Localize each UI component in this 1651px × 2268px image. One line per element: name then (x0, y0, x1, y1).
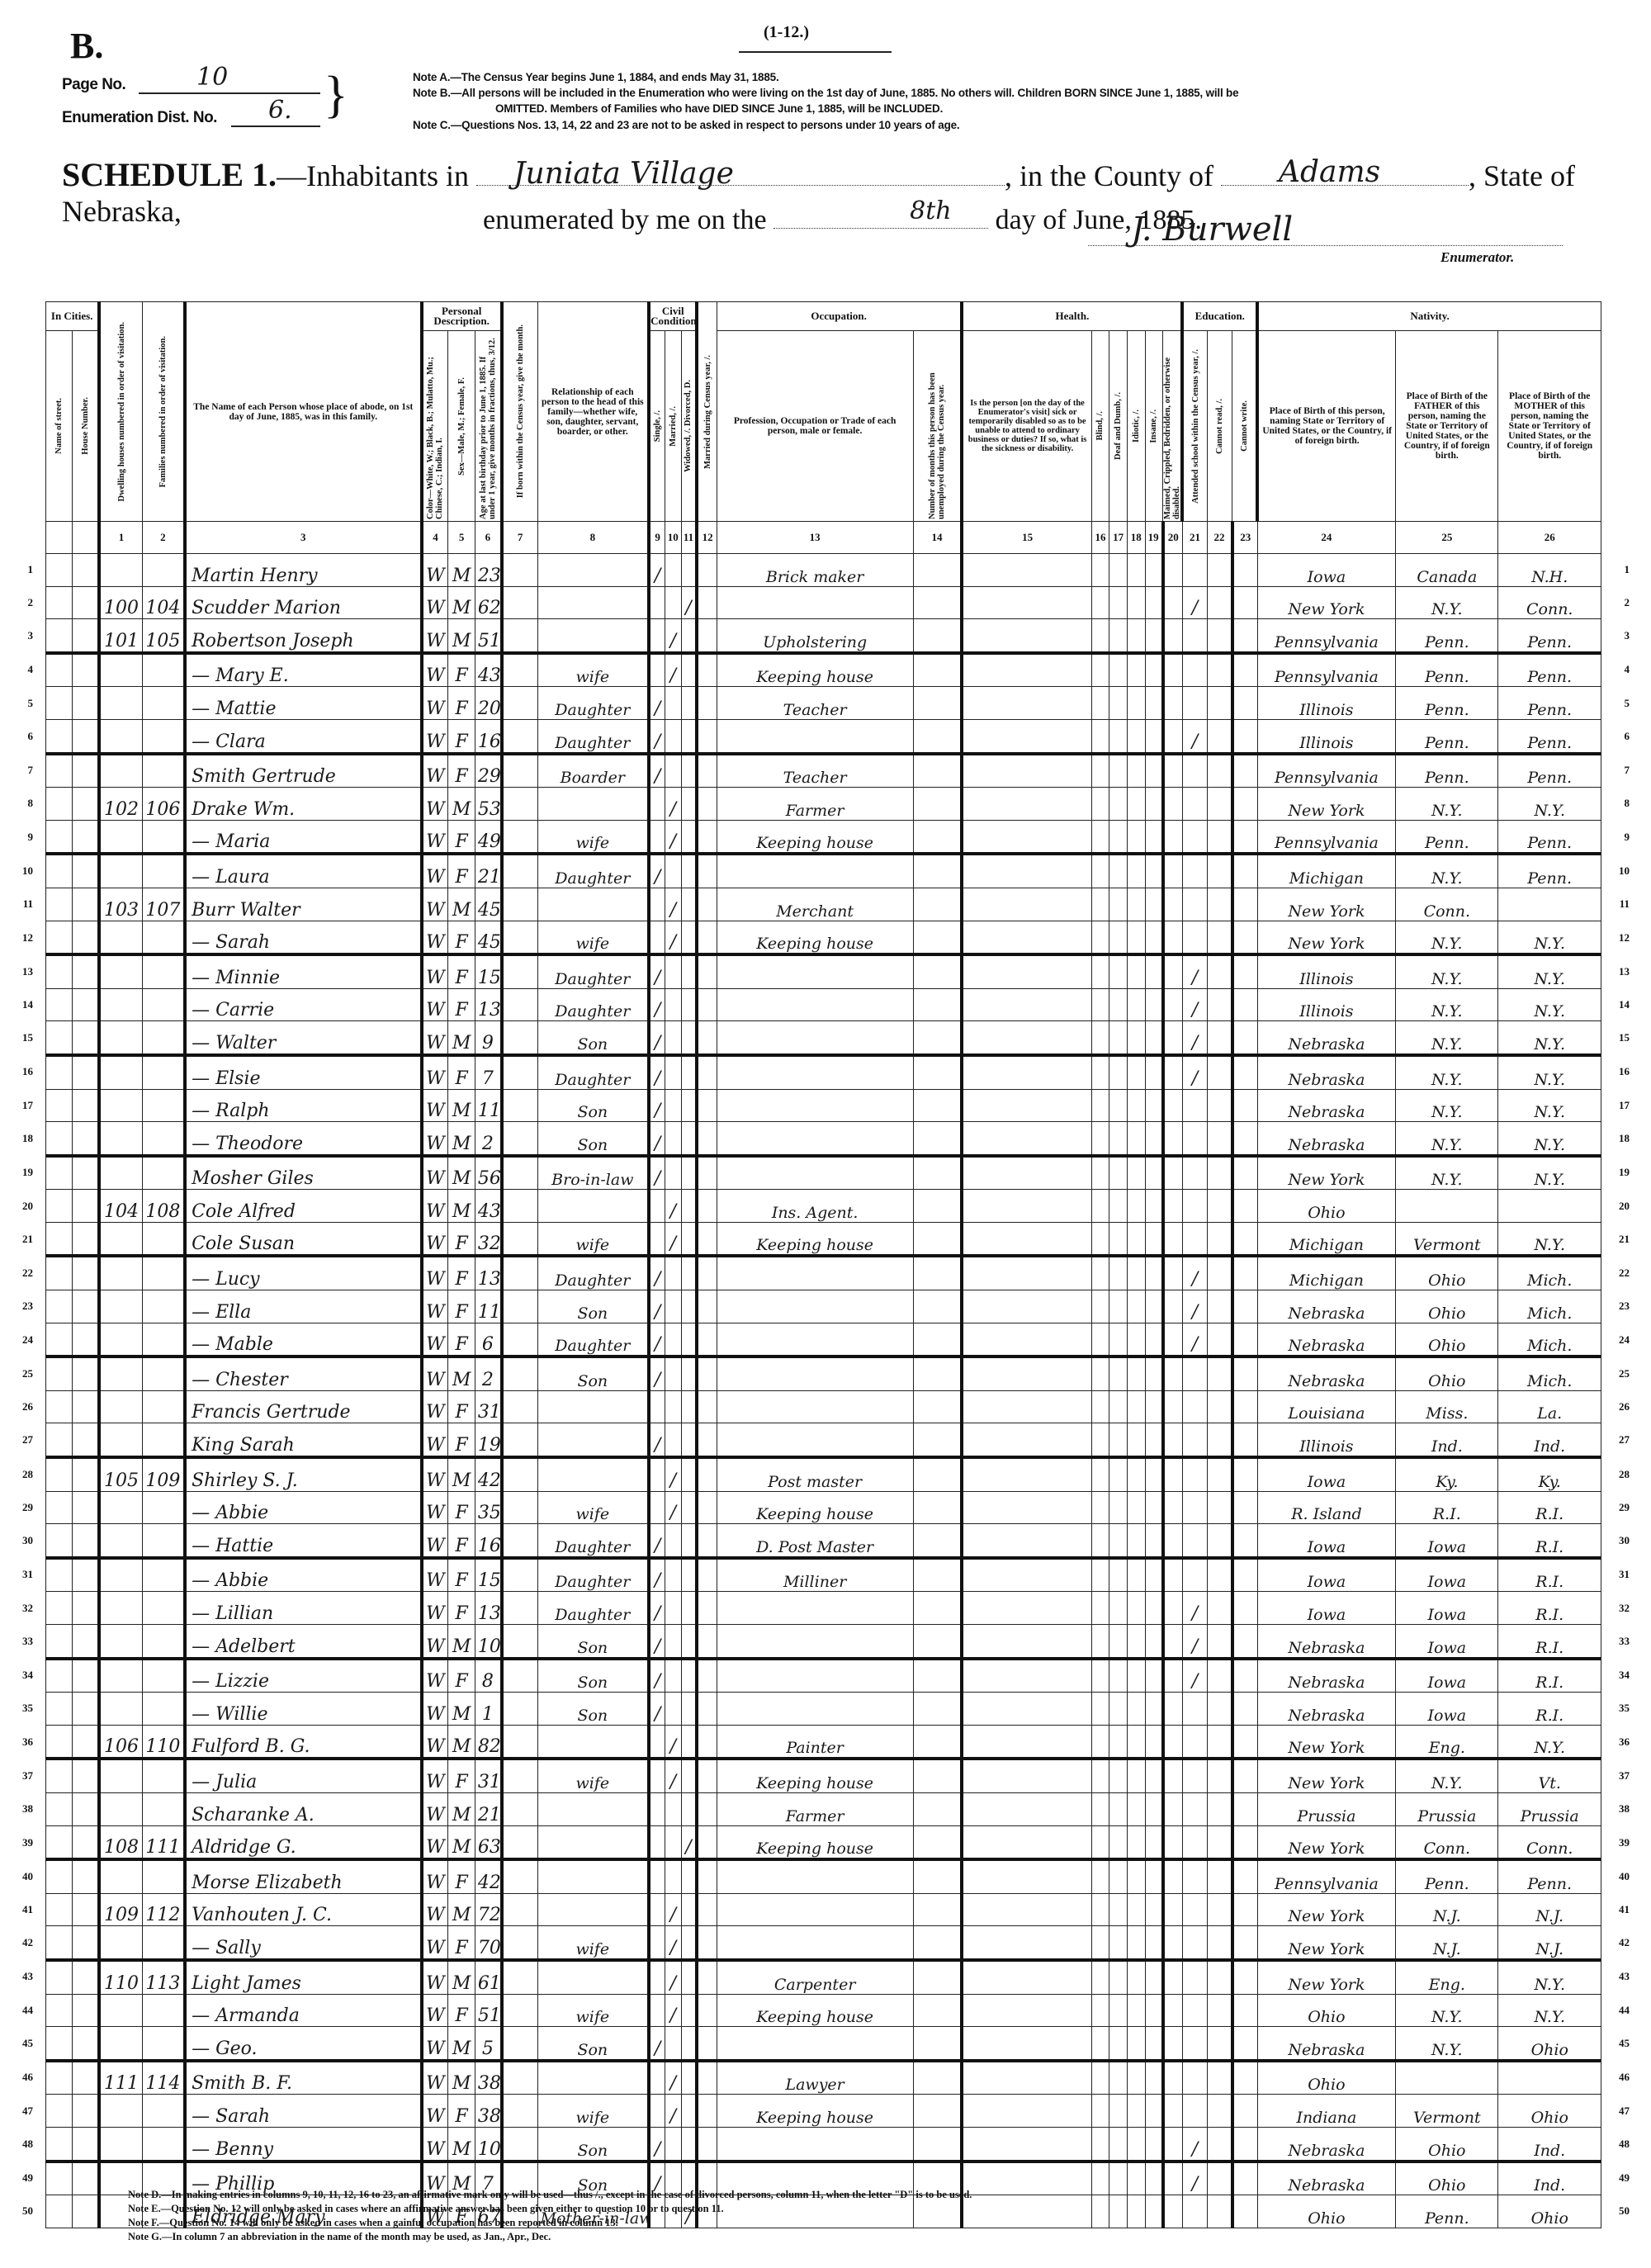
line-number: 2 (1608, 596, 1630, 609)
single-cell (649, 1457, 665, 1491)
blind-cell (1091, 1792, 1109, 1825)
group-occupation: Occupation. (717, 302, 962, 331)
sickness-cell (962, 1693, 1091, 1726)
cannot-read-cell (1208, 1558, 1232, 1592)
table-row: — ClaraWF16Daughter//IllinoisPenn.Penn. (46, 719, 1601, 753)
father-birthplace-cell (1396, 1190, 1498, 1223)
sickness-cell (962, 2127, 1091, 2161)
mother-birthplace-cell: Mich. (1498, 1290, 1601, 1323)
insane-cell (1145, 619, 1163, 653)
insane-cell (1145, 1357, 1163, 1390)
insane-cell (1145, 1693, 1163, 1726)
insane-cell (1145, 2127, 1163, 2161)
single-cell: / (649, 1558, 665, 1592)
deaf-cell (1109, 619, 1128, 653)
table-row: 104108Cole AlfredWM43/Ins. Agent.Ohio (46, 1190, 1601, 1223)
sex-cell: F (448, 1290, 475, 1323)
blind-cell (1091, 1423, 1109, 1457)
married-year-cell (697, 888, 717, 921)
name-cell: — Laura (185, 854, 421, 888)
deaf-cell (1109, 1524, 1128, 1558)
house-cell (73, 1055, 99, 1089)
table-row: 101105Robertson JosephWM51/UpholsteringP… (46, 619, 1601, 653)
house-cell (73, 1156, 99, 1190)
color-cell: W (422, 1390, 448, 1423)
maimed-cell (1163, 1156, 1183, 1190)
dwelling-cell: 104 (99, 1190, 142, 1223)
line-number: 36 (1608, 1735, 1630, 1749)
blind-cell (1091, 1021, 1109, 1055)
sex-cell: F (448, 1859, 475, 1893)
sickness-cell (962, 2027, 1091, 2061)
single-cell (649, 1859, 665, 1893)
enum-dist-value: 6. (268, 96, 292, 125)
occupation-cell: Ins. Agent. (717, 1190, 913, 1223)
single-cell: / (649, 1089, 665, 1122)
maimed-cell (1163, 1725, 1183, 1759)
single-cell (649, 2061, 665, 2095)
occupation-cell: Keeping house (717, 1222, 913, 1256)
birthplace-cell: Nebraska (1257, 1323, 1396, 1357)
months-unemployed-cell (913, 1055, 962, 1089)
sickness-cell (962, 1055, 1091, 1089)
cannot-read-cell (1208, 1122, 1232, 1156)
family-cell (142, 1524, 185, 1558)
line-number: 29 (12, 1501, 33, 1514)
cannot-read-cell (1208, 1190, 1232, 1223)
enumerator-label: Enumerator. (1440, 249, 1514, 266)
age-cell: 72 (475, 1893, 501, 1926)
age-cell: 9 (475, 1021, 501, 1055)
single-cell: / (649, 988, 665, 1021)
blind-cell (1091, 1491, 1109, 1524)
born-month-cell (502, 2127, 537, 2161)
widowed-cell (681, 1190, 697, 1223)
sickness-cell (962, 2161, 1091, 2195)
cannot-read-cell (1208, 1994, 1232, 2027)
months-unemployed-cell (913, 586, 962, 619)
months-unemployed-cell (913, 1457, 962, 1491)
mother-birthplace-cell: Penn. (1498, 854, 1601, 888)
father-birthplace-cell: N.Y. (1396, 921, 1498, 954)
occupation-cell (717, 1089, 913, 1122)
maimed-cell (1163, 1893, 1183, 1926)
born-month-cell (502, 1357, 537, 1390)
column-number: 7 (502, 522, 537, 554)
cannot-read-cell (1208, 1156, 1232, 1190)
header-color: Color—White, W.; Black, B.; Mulatto, Mu.… (422, 331, 448, 522)
school-cell: / (1182, 586, 1207, 619)
cannot-read-cell (1208, 1926, 1232, 1960)
color-cell: W (422, 2095, 448, 2128)
group-civil-condition: Civil Condition. (649, 302, 697, 331)
maimed-cell (1163, 1222, 1183, 1256)
father-birthplace-cell: Vermont (1396, 2095, 1498, 2128)
cannot-read-cell (1208, 1491, 1232, 1524)
occupation-cell: Keeping house (717, 820, 913, 854)
widowed-cell (681, 888, 697, 921)
born-month-cell (502, 1290, 537, 1323)
family-cell (142, 988, 185, 1021)
months-unemployed-cell (913, 1021, 962, 1055)
occupation-cell (717, 2027, 913, 2061)
name-cell: — Lillian (185, 1592, 421, 1625)
age-cell: 29 (475, 754, 501, 788)
married-year-cell (697, 619, 717, 653)
father-birthplace-cell: Miss. (1396, 1390, 1498, 1423)
cannot-write-cell (1232, 2027, 1257, 2061)
insane-cell (1145, 754, 1163, 788)
name-cell: — Maria (185, 820, 421, 854)
table-row: — ChesterWM2Son/NebraskaOhioMich. (46, 1357, 1601, 1390)
relationship-cell: wife (537, 653, 649, 687)
street-cell (46, 1759, 73, 1792)
school-cell (1182, 1089, 1207, 1122)
insane-cell (1145, 1659, 1163, 1693)
father-birthplace-cell: Canada (1396, 554, 1498, 587)
idiotic-cell (1127, 2127, 1145, 2161)
age-cell: 56 (475, 1156, 501, 1190)
dwelling-cell (99, 1926, 142, 1960)
street-cell (46, 1457, 73, 1491)
married-year-cell (697, 921, 717, 954)
birthplace-cell: Nebraska (1257, 1055, 1396, 1089)
dwelling-cell (99, 988, 142, 1021)
cannot-read-cell (1208, 820, 1232, 854)
married-cell (665, 1323, 681, 1357)
enum-dist-field: 6. (231, 102, 320, 127)
color-cell: W (422, 1859, 448, 1893)
widowed-cell (681, 988, 697, 1021)
header-birth-father: Place of Birth of the FATHER of this per… (1396, 331, 1498, 522)
house-cell (73, 1390, 99, 1423)
dwelling-cell (99, 653, 142, 687)
deaf-cell (1109, 1491, 1128, 1524)
column-number: 25 (1396, 522, 1498, 554)
idiotic-cell (1127, 988, 1145, 1021)
name-cell: Light James (185, 1960, 421, 1994)
cannot-read-cell (1208, 888, 1232, 921)
mother-birthplace-cell: Mich. (1498, 1256, 1601, 1290)
deaf-cell (1109, 888, 1128, 921)
months-unemployed-cell (913, 687, 962, 720)
deaf-cell (1109, 1893, 1128, 1926)
widowed-cell (681, 754, 697, 788)
cannot-write-cell (1232, 1725, 1257, 1759)
relationship-cell: Son (537, 1021, 649, 1055)
occupation-cell: Keeping house (717, 1759, 913, 1792)
color-cell: W (422, 1021, 448, 1055)
widowed-cell: / (681, 1825, 697, 1859)
column-number: 1 (99, 522, 142, 554)
mother-birthplace-cell: N.Y. (1498, 1021, 1601, 1055)
group-in-cities: In Cities. (46, 302, 100, 331)
married-cell: / (665, 788, 681, 821)
name-cell: — Julia (185, 1759, 421, 1792)
father-birthplace-cell (1396, 2061, 1498, 2095)
table-row: 110113Light JamesWM61/CarpenterNew YorkE… (46, 1960, 1601, 1994)
mother-birthplace-cell: N.Y. (1498, 921, 1601, 954)
blind-cell (1091, 954, 1109, 988)
birthplace-cell: Illinois (1257, 1423, 1396, 1457)
sickness-cell (962, 921, 1091, 954)
idiotic-cell (1127, 1357, 1145, 1390)
married-cell: / (665, 888, 681, 921)
name-cell: — Lizzie (185, 1659, 421, 1693)
street-cell (46, 2027, 73, 2061)
sex-cell: M (448, 1792, 475, 1825)
column-number: 10 (665, 522, 681, 554)
widowed-cell: / (681, 586, 697, 619)
color-cell: W (422, 1122, 448, 1156)
idiotic-cell (1127, 2027, 1145, 2061)
idiotic-cell (1127, 1021, 1145, 1055)
birthplace-cell: Nebraska (1257, 1357, 1396, 1390)
occupation-cell (717, 1256, 913, 1290)
maimed-cell (1163, 1759, 1183, 1792)
street-cell (46, 1256, 73, 1290)
color-cell: W (422, 1625, 448, 1659)
relationship-cell: wife (537, 1926, 649, 1960)
occupation-cell (717, 1625, 913, 1659)
cannot-write-cell (1232, 1089, 1257, 1122)
sickness-cell (962, 1323, 1091, 1357)
line-number: 6 (12, 730, 33, 743)
house-cell (73, 1792, 99, 1825)
school-cell: / (1182, 1323, 1207, 1357)
widowed-cell (681, 1625, 697, 1659)
relationship-cell: Bro-in-law (537, 1156, 649, 1190)
column-number: 14 (913, 522, 962, 554)
cannot-write-cell (1232, 554, 1257, 587)
mother-birthplace-cell: N.Y. (1498, 1994, 1601, 2027)
table-row: Morse ElizabethWF42PennsylvaniaPenn.Penn… (46, 1859, 1601, 1893)
color-cell: W (422, 1357, 448, 1390)
line-number: 47 (1608, 2105, 1630, 2118)
months-unemployed-cell (913, 1825, 962, 1859)
schedule-prefix: —Inhabitants in (277, 159, 469, 192)
name-cell: — Sarah (185, 2095, 421, 2128)
deaf-cell (1109, 1792, 1128, 1825)
house-cell (73, 2161, 99, 2195)
table-row: — LizzieWF8Son//NebraskaIowaR.I. (46, 1659, 1601, 1693)
blind-cell (1091, 754, 1109, 788)
widowed-cell (681, 2127, 697, 2161)
married-cell: / (665, 820, 681, 854)
line-number: 7 (1608, 764, 1630, 777)
widowed-cell (681, 788, 697, 821)
occupation-cell: Lawyer (717, 2061, 913, 2095)
name-cell: — Sarah (185, 921, 421, 954)
school-cell (1182, 1859, 1207, 1893)
name-cell: — Benny (185, 2127, 421, 2161)
months-unemployed-cell (913, 788, 962, 821)
color-cell: W (422, 1926, 448, 1960)
age-cell: 45 (475, 921, 501, 954)
line-number: 13 (1608, 965, 1630, 978)
deaf-cell (1109, 988, 1128, 1021)
insane-cell (1145, 1156, 1163, 1190)
months-unemployed-cell (913, 1089, 962, 1122)
father-birthplace-cell: Iowa (1396, 1625, 1498, 1659)
insane-cell (1145, 2027, 1163, 2061)
header-age: Age at last birthday prior to June 1, 18… (475, 331, 501, 522)
age-cell: 10 (475, 2127, 501, 2161)
dwelling-cell: 103 (99, 888, 142, 921)
street-cell (46, 754, 73, 788)
insane-cell (1145, 988, 1163, 1021)
blind-cell (1091, 1725, 1109, 1759)
house-cell (73, 1323, 99, 1357)
cannot-write-cell (1232, 1825, 1257, 1859)
maimed-cell (1163, 1659, 1183, 1693)
family-cell (142, 1625, 185, 1659)
color-cell: W (422, 1592, 448, 1625)
birthplace-cell: Pennsylvania (1257, 619, 1396, 653)
header-insane: Insane, /. (1145, 331, 1163, 522)
sex-cell: M (448, 788, 475, 821)
sex-cell: F (448, 954, 475, 988)
mother-birthplace-cell: N.Y. (1498, 1960, 1601, 1994)
column-number: 6 (475, 522, 501, 554)
school-cell (1182, 1390, 1207, 1423)
column-number: 17 (1109, 522, 1128, 554)
father-birthplace-cell: N.Y. (1396, 1122, 1498, 1156)
table-row: — MattieWF20Daughter/TeacherIllinoisPenn… (46, 687, 1601, 720)
street-cell (46, 1491, 73, 1524)
maimed-cell (1163, 1792, 1183, 1825)
widowed-cell (681, 1423, 697, 1457)
widowed-cell (681, 1122, 697, 1156)
maimed-cell (1163, 653, 1183, 687)
maimed-cell (1163, 1592, 1183, 1625)
married-cell: / (665, 2061, 681, 2095)
months-unemployed-cell (913, 1491, 962, 1524)
blind-cell (1091, 820, 1109, 854)
single-cell: / (649, 1021, 665, 1055)
group-education: Education. (1182, 302, 1257, 331)
color-cell: W (422, 754, 448, 788)
house-cell (73, 1021, 99, 1055)
months-unemployed-cell (913, 1222, 962, 1256)
house-cell (73, 854, 99, 888)
cannot-write-cell (1232, 1457, 1257, 1491)
married-year-cell (697, 1089, 717, 1122)
street-cell (46, 988, 73, 1021)
blind-cell (1091, 888, 1109, 921)
relationship-cell: Daughter (537, 954, 649, 988)
family-cell: 110 (142, 1725, 185, 1759)
deaf-cell (1109, 1960, 1128, 1994)
dwelling-cell (99, 1423, 142, 1457)
age-cell: 51 (475, 619, 501, 653)
school-cell: / (1182, 954, 1207, 988)
column-number: 16 (1091, 522, 1109, 554)
cannot-write-cell (1232, 586, 1257, 619)
idiotic-cell (1127, 1491, 1145, 1524)
table-row: — AbbieWF15Daughter/MillinerIowaIowaR.I. (46, 1558, 1601, 1592)
birthplace-cell: Nebraska (1257, 1122, 1396, 1156)
column-number (46, 522, 73, 554)
house-cell (73, 1089, 99, 1122)
born-month-cell (502, 1558, 537, 1592)
mother-birthplace-cell: Vt. (1498, 1759, 1601, 1792)
line-number: 7 (12, 764, 33, 777)
deaf-cell (1109, 1659, 1128, 1693)
house-cell (73, 1693, 99, 1726)
maimed-cell (1163, 1825, 1183, 1859)
father-birthplace-cell: Ohio (1396, 2161, 1498, 2195)
age-cell: 45 (475, 888, 501, 921)
father-birthplace-cell: N.Y. (1396, 1156, 1498, 1190)
father-birthplace-cell: Penn. (1396, 1859, 1498, 1893)
months-unemployed-cell (913, 1625, 962, 1659)
family-cell: 114 (142, 2061, 185, 2095)
sickness-cell (962, 1759, 1091, 1792)
deaf-cell (1109, 1390, 1128, 1423)
birthplace-cell: Nebraska (1257, 1693, 1396, 1726)
mother-birthplace-cell: Ind. (1498, 2127, 1601, 2161)
cannot-write-cell (1232, 1190, 1257, 1223)
married-cell: / (665, 1725, 681, 1759)
birthplace-cell: Illinois (1257, 988, 1396, 1021)
birthplace-cell: New York (1257, 1156, 1396, 1190)
dwelling-cell (99, 754, 142, 788)
sickness-cell (962, 954, 1091, 988)
sickness-cell (962, 988, 1091, 1021)
blind-cell (1091, 2061, 1109, 2095)
married-cell (665, 2127, 681, 2161)
blind-cell (1091, 1256, 1109, 1290)
line-number: 48 (12, 2138, 33, 2151)
occupation-cell (717, 1390, 913, 1423)
months-unemployed-cell (913, 1693, 962, 1726)
occupation-cell: Milliner (717, 1558, 913, 1592)
married-cell: / (665, 1491, 681, 1524)
born-month-cell (502, 788, 537, 821)
blind-cell (1091, 1693, 1109, 1726)
sex-cell: F (448, 1390, 475, 1423)
married-year-cell (697, 1256, 717, 1290)
street-cell (46, 954, 73, 988)
school-cell (1182, 1926, 1207, 1960)
street-cell (46, 619, 73, 653)
line-number: 38 (12, 1802, 33, 1816)
school-cell (1182, 788, 1207, 821)
line-number: 14 (12, 998, 33, 1011)
header-married-year: Married during Census year, /. (697, 302, 717, 522)
blind-cell (1091, 2195, 1109, 2228)
school-cell (1182, 1825, 1207, 1859)
single-cell (649, 2095, 665, 2128)
single-cell (649, 586, 665, 619)
color-cell: W (422, 1055, 448, 1089)
birthplace-cell: Nebraska (1257, 1625, 1396, 1659)
column-number: 9 (649, 522, 665, 554)
deaf-cell (1109, 854, 1128, 888)
deaf-cell (1109, 2127, 1128, 2161)
maimed-cell (1163, 1625, 1183, 1659)
single-cell (649, 1792, 665, 1825)
name-cell: — Hattie (185, 1524, 421, 1558)
months-unemployed-cell (913, 1893, 962, 1926)
sickness-cell (962, 1625, 1091, 1659)
birthplace-cell: Ohio (1257, 2195, 1396, 2228)
married-cell (665, 1256, 681, 1290)
table-row: — HattieWF16Daughter/D. Post MasterIowaI… (46, 1524, 1601, 1558)
occupation-cell: Keeping house (717, 653, 913, 687)
idiotic-cell (1127, 586, 1145, 619)
